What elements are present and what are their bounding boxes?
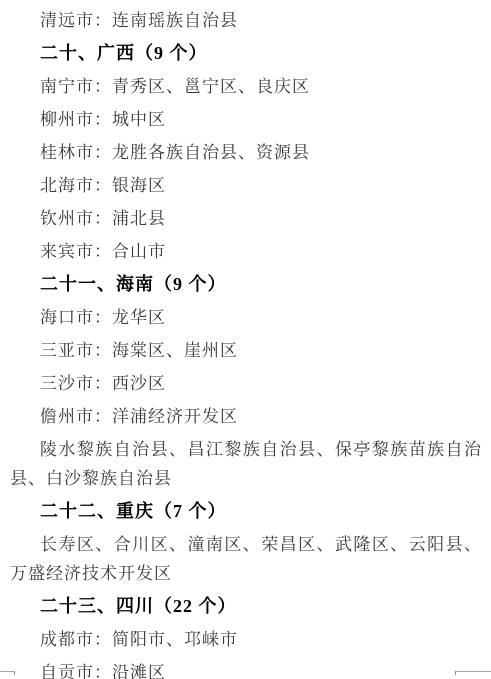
- document-paragraph: 长寿区、合川区、潼南区、荣昌区、武隆区、云阳县、万盛经济技术开发区: [10, 530, 482, 588]
- section-heading: 二十三、四川（22 个）: [10, 592, 482, 621]
- document-paragraph: 柳州市：城中区: [10, 105, 482, 134]
- section-heading: 二十一、海南（9 个）: [10, 270, 482, 299]
- document-text-area: 清远市：连南瑶族自治县二十、广西（9 个）南宁市：青秀区、邕宁区、良庆区柳州市：…: [0, 0, 491, 679]
- document-paragraph: 自贡市：沿滩区: [10, 658, 482, 679]
- document-page: 清远市：连南瑶族自治县二十、广西（9 个）南宁市：青秀区、邕宁区、良庆区柳州市：…: [0, 0, 491, 679]
- document-paragraph: 三沙市：西沙区: [10, 369, 482, 398]
- document-paragraph: 三亚市：海棠区、崖州区: [10, 336, 482, 365]
- next-page-boundary-corner-mark-right: [455, 671, 491, 675]
- document-paragraph: 儋州市：洋浦经济开发区: [10, 402, 482, 431]
- document-paragraph: 成都市：简阳市、邛崃市: [10, 625, 482, 654]
- section-heading: 二十、广西（9 个）: [10, 39, 482, 68]
- document-paragraph: 钦州市：浦北县: [10, 204, 482, 233]
- document-paragraph: 陵水黎族自治县、昌江黎族自治县、保亭黎族苗族自治县、白沙黎族自治县: [10, 435, 482, 493]
- document-paragraph: 南宁市：青秀区、邕宁区、良庆区: [10, 72, 482, 101]
- document-paragraph: 清远市：连南瑶族自治县: [10, 6, 482, 35]
- section-heading: 二十二、重庆（7 个）: [10, 497, 482, 526]
- next-page-boundary-corner-mark-left: [0, 671, 15, 675]
- document-paragraph: 北海市：银海区: [10, 171, 482, 200]
- document-paragraph: 桂林市：龙胜各族自治县、资源县: [10, 138, 482, 167]
- document-paragraph: 海口市：龙华区: [10, 303, 482, 332]
- document-paragraph: 来宾市：合山市: [10, 237, 482, 266]
